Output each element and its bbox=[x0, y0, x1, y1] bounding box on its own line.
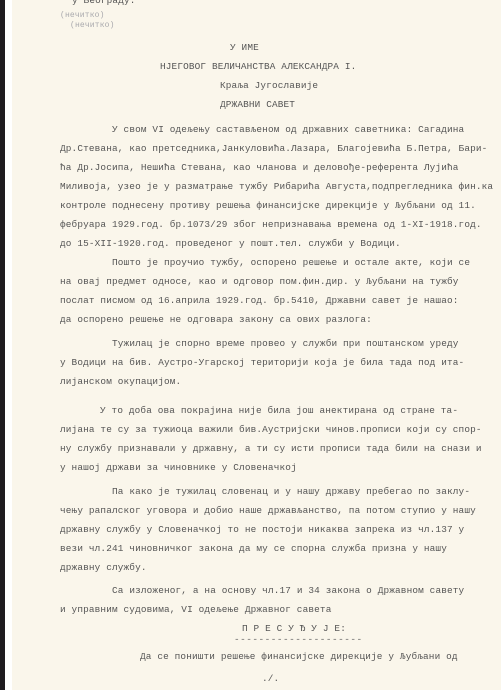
heading-his-majesty: НЈЕГОВОГ ВЕЛИЧАНСТВА АЛЕКСАНДРА I. bbox=[160, 61, 356, 72]
text-line: лијанском окупацијом. bbox=[60, 376, 181, 387]
scan-edge-light bbox=[5, 0, 12, 690]
text-line: Тужилац је спорно време провео у служби … bbox=[112, 338, 459, 349]
text-line: Па како је тужилац словенац и у нашу држ… bbox=[112, 486, 470, 497]
heading-state-council: ДРЖАВНИ САВЕТ bbox=[220, 99, 295, 110]
text-line: контроле поднесену противу решења финанс… bbox=[60, 200, 476, 211]
text-line: У то доба ова покрајина није била још ан… bbox=[100, 405, 458, 416]
text-line: послат писмом од 16.априла 1929.год. бр.… bbox=[60, 295, 459, 306]
verdict-heading: П Р Е С У Ђ У Ј Е: bbox=[242, 623, 346, 634]
text-line: државну службу. bbox=[60, 562, 147, 573]
heading-king: Краља Југославије bbox=[220, 80, 318, 91]
text-line: Са изложеног, а на основу чл.17 и 34 зак… bbox=[112, 585, 464, 596]
stamp-line-1: (нечитко) bbox=[60, 11, 105, 20]
text-line: фебруара 1929.год. бр.1073/29 због непри… bbox=[60, 219, 482, 230]
text-line: ћа Др.Јосипа, Нешића Стевана, као чланов… bbox=[60, 162, 459, 173]
header-top-line: у Београду. bbox=[72, 0, 136, 6]
text-line: вези чл.241 чиновничког закона да му се … bbox=[60, 543, 447, 554]
text-line: државну службу у Словеначкој то не посто… bbox=[60, 524, 464, 535]
text-line: лијана те су за тужиоца важили бив.Аустр… bbox=[60, 424, 482, 435]
text-line: и управним судовима, VI одељење Државног… bbox=[60, 604, 331, 615]
text-line: у нашој држави за чиновнике у Словеначко… bbox=[60, 462, 297, 473]
text-line: да оспорено решење не одговара закону са… bbox=[60, 314, 372, 325]
text-line: Пошто је проучио тужбу, оспорено решење … bbox=[112, 257, 470, 268]
text-line: У свом VI одељењу састављеном од државни… bbox=[112, 124, 464, 135]
verdict-underline: --------------------- bbox=[234, 634, 363, 645]
verdict-text: Да се поништи решење финансијске дирекци… bbox=[140, 651, 458, 662]
text-line: до 15-XII-1920.год. проведеног у пошт.те… bbox=[60, 238, 401, 249]
text-line: чењу рапалског уговора и добио наше држа… bbox=[60, 505, 476, 516]
text-line: ну службу признавали у државну, а ти су … bbox=[60, 443, 482, 454]
heading-in-the-name: У ИМЕ bbox=[230, 42, 259, 53]
text-line: на овај предмет односе, као и одговор по… bbox=[60, 276, 459, 287]
text-line: Др.Стевана, као претседника,Јанкуловића.… bbox=[60, 143, 487, 154]
stamp-line-2: (нечитко) bbox=[70, 21, 115, 30]
continuation-mark: ./. bbox=[262, 673, 279, 684]
text-line: у Водици на бив. Аустро-Угарској територ… bbox=[60, 357, 464, 368]
text-line: Миливоја, узео је у разматрање тужбу Риб… bbox=[60, 181, 493, 192]
